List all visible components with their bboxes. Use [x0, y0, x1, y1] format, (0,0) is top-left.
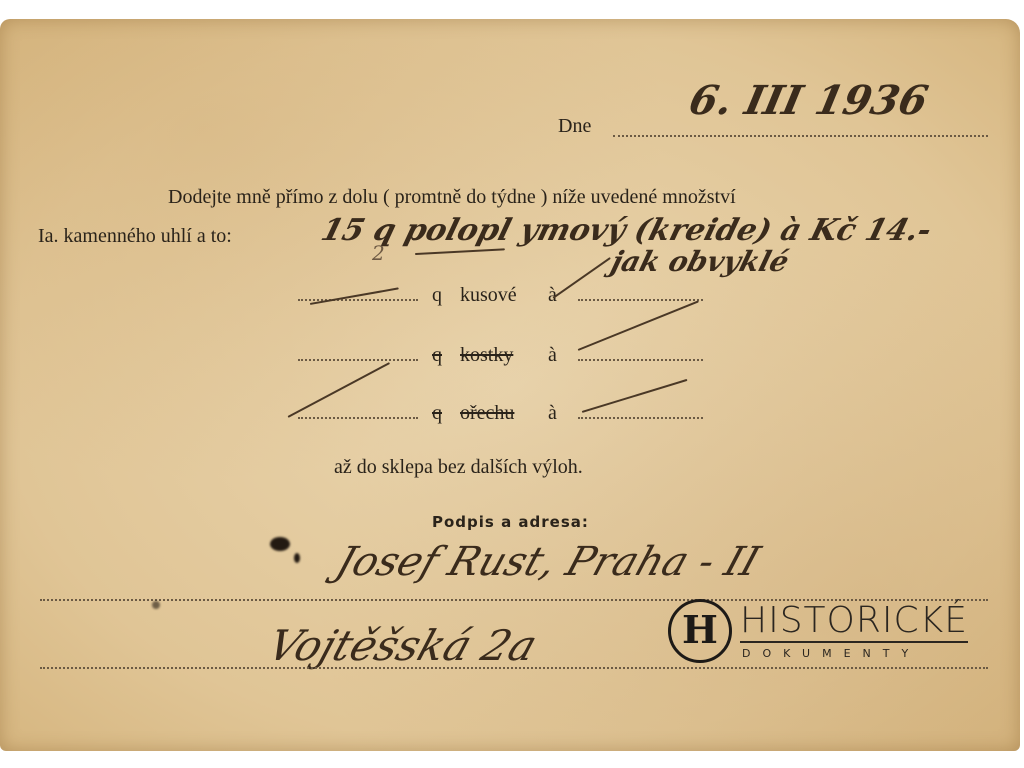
- cancel-stroke: [578, 300, 699, 351]
- order-quantity-correction: 2: [372, 241, 385, 265]
- logo-subtitle: DOKUMENTY: [742, 647, 920, 660]
- cancel-stroke: [288, 362, 390, 418]
- row-3-qty-dotted-line: [298, 417, 418, 419]
- watermark-logo: H HISTORICKÉ DOKUMENTY: [668, 599, 978, 669]
- row-2-suffix: à: [548, 344, 557, 367]
- row-2-item: kostky: [460, 344, 513, 367]
- cancel-stroke: [582, 379, 688, 413]
- row-1-unit: q: [432, 284, 442, 307]
- row-3-price-dotted-line: [578, 417, 703, 419]
- logo-monogram: H: [682, 607, 714, 652]
- row-2-price-dotted-line: [578, 359, 703, 361]
- row-1-item: kusové: [460, 284, 517, 307]
- logo-title: HISTORICKÉ: [740, 601, 968, 643]
- row-1-price-dotted-line: [578, 299, 703, 301]
- signature-line-2: Vojtěšská 2a: [262, 621, 543, 670]
- closing-line: až do sklepa bez dalších výloh.: [334, 456, 583, 479]
- row-3-suffix: à: [548, 402, 557, 425]
- date-dotted-line: [613, 135, 988, 137]
- date-handwritten: 6. III 1936: [685, 77, 932, 124]
- row-3-unit: q: [432, 402, 442, 425]
- cancel-stroke: [310, 287, 399, 305]
- underline-stroke: [415, 248, 505, 255]
- intro-line-1: Dodejte mně přímo z dolu ( promtně do tý…: [168, 186, 736, 209]
- row-1-qty-dotted-line: [298, 299, 418, 301]
- intro-line-2: Ia. kamenného uhlí a to:: [38, 225, 232, 248]
- row-3-item: ořechu: [460, 402, 514, 425]
- date-label: Dne: [558, 115, 591, 138]
- row-2-qty-dotted-line: [298, 359, 418, 361]
- order-handwritten-line-1: 15 q polopl ymový (kreide) à Kč 14.-: [317, 213, 935, 248]
- order-handwritten-line-2: jak obvyklé: [608, 245, 793, 278]
- signature-line-1: Josef Rust, Praha - II: [331, 539, 766, 585]
- ink-stain: [270, 537, 290, 551]
- row-2-unit: q: [432, 344, 442, 367]
- signature-label: Podpis a adresa:: [432, 513, 589, 531]
- document-card: Dne 6. III 1936 Dodejte mně přímo z dolu…: [0, 19, 1020, 751]
- ink-stain: [152, 601, 160, 609]
- cancel-stroke: [552, 257, 610, 299]
- ink-stain: [294, 553, 300, 563]
